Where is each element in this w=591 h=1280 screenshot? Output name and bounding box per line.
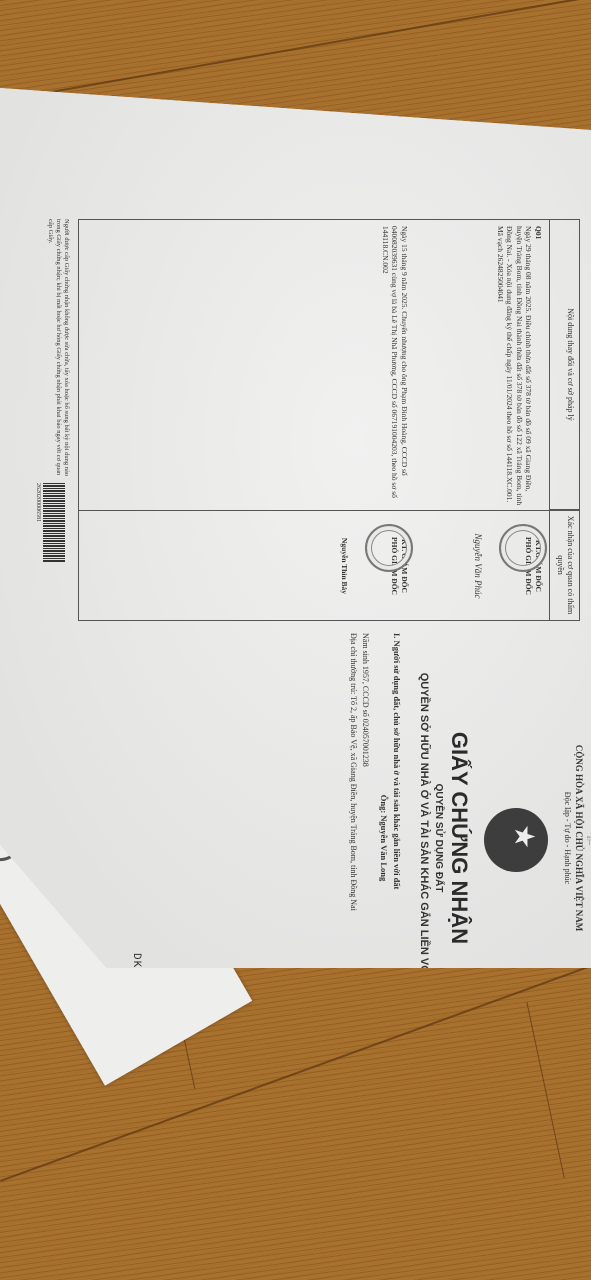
barcode-number: 2620200006581 (35, 483, 41, 522)
column-divider (79, 510, 579, 511)
entry-text: Ngày 29 tháng 08 năm 2025. Điều chỉnh th… (496, 226, 534, 506)
signature-block-2: KT. GIÁM ĐỐC PHÓ GIÁM ĐỐC Nguyễn Thìn Bả… (339, 516, 409, 616)
certificate-subtitle-1: QUYỀN SỬ DỤNG ĐẤT (433, 623, 444, 1053)
stamp-mark: Q01 (534, 226, 543, 239)
owner-address: Địa chỉ thường trú: Tổ 2, ấp Bảo Vệ, xã … (349, 633, 358, 911)
footer-note: Người được cấp Giấy chứng nhận không đượ… (46, 219, 70, 479)
certificate-title: GIẤY CHỨNG NHẬN (446, 623, 472, 1053)
star-icon: ★ (508, 824, 538, 849)
section-heading: I. Người sử dụng đất, chủ sở hữu nhà ở v… (392, 633, 402, 889)
header-confirm: Xác nhận của cơ quan có thẩm quyền (549, 510, 579, 620)
change-entry-2: Ngày 15 tháng 9 năm 2025. Chuyển nhượng … (381, 226, 410, 506)
barcode-icon (43, 483, 65, 563)
floor-seam (526, 1002, 564, 1178)
signature-block-1: KT.GIÁM ĐỐC PHÓ GIÁM ĐỐC Nguyễn Văn Phúc (473, 516, 543, 616)
header-content: Nội dung thay đổi và cơ sở pháp lý (549, 220, 579, 510)
certificate-sheet: Nội dung thay đổi và cơ sở pháp lý Xác n… (0, 88, 591, 968)
certificate-document: Nội dung thay đổi và cơ sở pháp lý Xác n… (0, 183, 590, 1053)
certificate-subtitle-2: QUYỀN SỞ HỮU NHÀ Ở VÀ TÀI SẢN KHÁC GẮN L… (418, 623, 430, 1053)
entry-text: Ngày 15 tháng 9 năm 2025. Chuyển nhượng … (381, 226, 410, 506)
signer-name: Nguyễn Văn Phúc (473, 516, 483, 616)
floor-seam (0, 0, 591, 102)
motto: Độc lập - Tự do - Hạnh phúc (563, 623, 572, 1053)
changes-table: Nội dung thay đổi và cơ sở pháp lý Xác n… (78, 219, 580, 621)
official-stamp-icon (499, 524, 547, 572)
change-entry-1: Q01 Ngày 29 tháng 08 năm 2025. Điều chỉn… (496, 226, 544, 506)
owner-name: Ông: Nguyễn Văn Long (379, 623, 389, 1053)
changes-page: Nội dung thay đổi và cơ sở pháp lý Xác n… (0, 183, 590, 613)
owner-birth-id: Năm sinh 1957, CCCD số 024057001238 (361, 633, 370, 767)
national-emblem-icon: ★ (484, 808, 548, 872)
pencil-mark: 1⊢ (585, 835, 591, 846)
official-stamp-icon (365, 524, 413, 572)
signer-name: Nguyễn Thìn Bảy (339, 516, 349, 616)
republic-heading: CỘNG HÒA XÃ HỘI CHỦ NGHĨA VIỆT NAM (574, 623, 584, 1053)
